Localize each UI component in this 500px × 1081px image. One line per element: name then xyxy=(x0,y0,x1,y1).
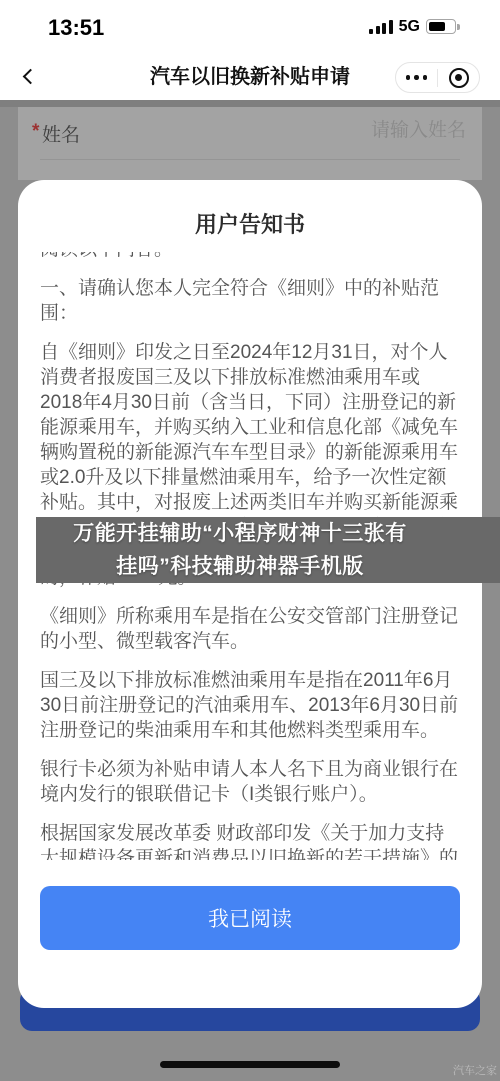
capsule-exit-button[interactable] xyxy=(438,63,479,92)
nav-bar: 汽车以旧换新补贴申请 xyxy=(0,55,500,100)
battery-icon xyxy=(426,19,456,34)
name-field-label: 姓名 xyxy=(42,120,80,147)
notice-paragraph-with-highlight: 根据国家发展改革委 财政部印发《关于加力支持大规模设备更新和消费品以旧换新的若干… xyxy=(40,821,460,860)
back-button[interactable] xyxy=(16,63,44,91)
watermark-line-2: 挂吗”科技辅助神器手机版 xyxy=(116,550,364,583)
notice-paragraph: 银行卡必须为补贴申请人本人名下且为商业银行在境内发行的银联借记卡（I类银行账户）… xyxy=(40,757,460,807)
ellipsis-icon xyxy=(406,75,428,80)
name-input[interactable] xyxy=(246,117,466,145)
screen: 13:51 5G 汽车以旧换新补贴申请 xyxy=(0,0,500,1081)
notice-paragraph: 一、请确认您本人完全符合《细则》中的补贴范围： xyxy=(40,276,460,326)
site-watermark: 汽车之家 xyxy=(453,1062,497,1078)
watermark-line-1: 万能开挂辅助“小程序财神十三张有 xyxy=(73,517,407,550)
header-shadow xyxy=(0,100,500,107)
network-type-label: 5G xyxy=(399,19,420,34)
notice-paragraph: 《细则》所称乘用车是指在公安交管部门注册登记的小型、微型载客汽车。 xyxy=(40,604,460,654)
user-notice-dialog: 用户告知书 阅读以下内容。 一、请确认您本人完全符合《细则》中的补贴范围： 自《… xyxy=(18,180,482,1008)
dialog-title: 用户告知书 xyxy=(18,210,482,240)
status-icons: 5G xyxy=(369,19,456,34)
cell-signal-icon xyxy=(369,19,393,34)
confirm-read-button[interactable]: 我已阅读 xyxy=(40,886,460,950)
clipped-scrolled-line: 阅读以下内容。 xyxy=(40,252,460,262)
required-asterisk: * xyxy=(32,121,39,143)
chevron-left-icon xyxy=(23,69,39,85)
clock-time: 13:51 xyxy=(48,15,104,41)
application-form-card: * 姓名 xyxy=(18,107,482,180)
overlay-watermark-banner: 万能开挂辅助“小程序财神十三张有 挂吗”科技辅助神器手机版 xyxy=(36,517,500,583)
miniprogram-capsule xyxy=(395,62,480,93)
field-divider xyxy=(40,159,460,160)
home-indicator[interactable] xyxy=(160,1061,340,1068)
notice-paragraph: 国三及以下排放标准燃油乘用车是指在2011年6月30日前注册登记的汽油乘用车、2… xyxy=(40,668,460,743)
status-bar: 13:51 5G xyxy=(0,0,500,55)
more-button[interactable] xyxy=(396,63,437,92)
notice-paragraph-prefix: 根据国家发展改革委 财政部印发《关于加力支持大规模设备更新和消费品以旧换新的若干… xyxy=(40,823,458,860)
target-circle-icon xyxy=(449,68,469,88)
